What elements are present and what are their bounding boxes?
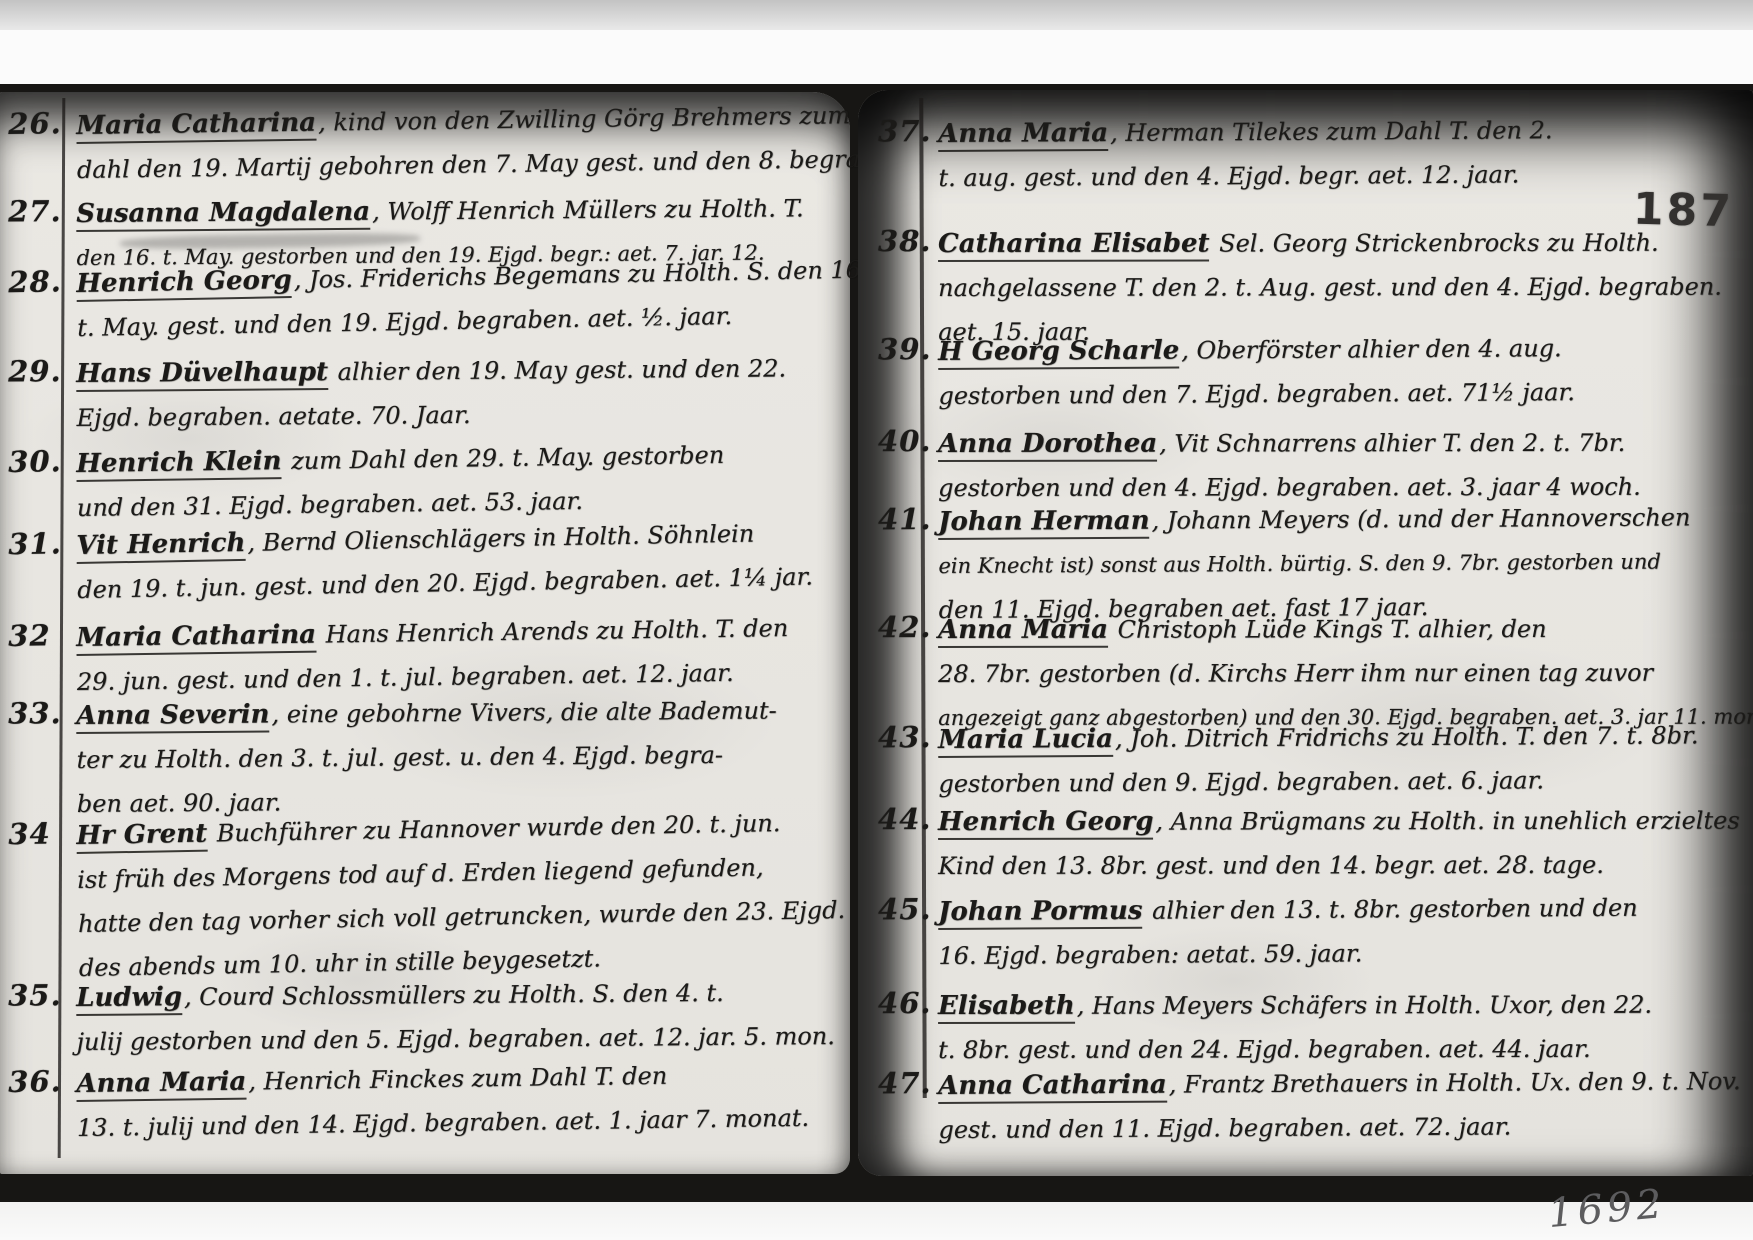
left-page: 26.Maria Catharina, kind von den Zwillin… (0, 92, 850, 1174)
entry-line: Johan Herman, Johann Meyers (d. und der … (938, 495, 1691, 544)
entry-line-text: , Herman Tilekes zum Dahl T. den 2. (1110, 116, 1553, 147)
scanned-register-page: 26.Maria Catharina, kind von den Zwillin… (0, 0, 1753, 1240)
deceased-name: H Georg Scharle (938, 336, 1179, 370)
entry-line: Maria Lucia, Joh. Ditrich Fridrichs zu H… (938, 713, 1699, 762)
entry-line: ter zu Holth. den 3. t. jul. gest. u. de… (76, 732, 777, 782)
entry-line: Ejgd. begraben. aetate. 70. Jaar. (76, 390, 786, 440)
entry-line: Henrich Georg, Anna Brügmans zu Holth. i… (938, 799, 1740, 844)
entry-line-text: , Courd Schlossmüllers zu Holth. S. den … (184, 979, 724, 1011)
register-entry: 37.Anna Maria, Herman Tilekes zum Dahl T… (938, 108, 1553, 200)
entry-line: gestorben und den 7. Ejgd. begraben. aet… (938, 370, 1575, 418)
entry-number: 46. (878, 986, 922, 1020)
entry-text: Maria Lucia, Joh. Ditrich Fridrichs zu H… (938, 713, 1699, 806)
deceased-name: Maria Catharina (76, 108, 316, 144)
entry-line-text: , Hans Meyers Schäfers in Holth. Uxor, d… (1077, 991, 1652, 1020)
entry-line: Henrich Klein zum Dahl den 29. t. May. g… (76, 433, 724, 486)
scanner-edge-bottom (0, 1202, 1753, 1240)
entry-text: Anna Maria, Henrich Finckes zum Dahl T. … (76, 1052, 809, 1150)
scanner-background (0, 30, 1753, 84)
entry-number: 28. (8, 264, 69, 299)
entry-line: 16. Ejgd. begraben: aetat. 59. jaar. (938, 930, 1638, 978)
entry-number: 41. (878, 502, 922, 536)
entry-line: Anna Dorothea, Vit Schnarrens alhier T. … (938, 421, 1641, 466)
entry-line-text: , Oberförster alhier den 4. aug. (1181, 334, 1562, 364)
entry-line-text: Buchführer zu Hannover wurde den 20. t. … (209, 809, 781, 847)
entry-line: Hans Düvelhaupt alhier den 19. May gest.… (76, 346, 786, 396)
deceased-name: Elisabeth (938, 991, 1075, 1024)
entry-text: Henrich Georg, Jos. Friderichs Begemans … (76, 247, 870, 350)
register-entry: 39.H Georg Scharle, Oberförster alhier d… (938, 326, 1575, 418)
entry-number: 35. (8, 978, 68, 1012)
entry-number: 44. (878, 802, 922, 836)
deceased-name: Johan Pormus (938, 896, 1142, 930)
deceased-name: Anna Maria (938, 615, 1108, 648)
entry-number: 43. (878, 720, 922, 754)
entry-number: 40. (878, 424, 922, 458)
deceased-name: Anna Dorothea (938, 429, 1157, 462)
deceased-name: Johan Herman (938, 506, 1150, 540)
register-entry: 45.Johan Pormus alhier den 13. t. 8br. g… (938, 886, 1638, 978)
entry-line: Anna Severin, eine gebohrne Vivers, die … (76, 688, 777, 738)
entry-line: Anna Catharina, Frantz Brethauers in Hol… (938, 1059, 1741, 1108)
deceased-name: Ludwig (76, 982, 182, 1016)
entry-text: H Georg Scharle, Oberförster alhier den … (938, 326, 1575, 418)
entry-number: 29. (8, 354, 68, 388)
deceased-name: Hans Düvelhaupt (76, 357, 328, 392)
deceased-name: Henrich Georg (938, 807, 1153, 840)
right-page: 187 37.Anna Maria, Herman Tilekes zum Da… (858, 90, 1753, 1176)
entry-line: gest. und den 11. Ejgd. begraben. aet. 7… (938, 1103, 1741, 1152)
entry-number: 37. (878, 114, 922, 148)
deceased-name: Hr Grent (76, 819, 207, 854)
entry-number: 32 (8, 618, 68, 653)
register-entry: 44.Henrich Georg, Anna Brügmans zu Holth… (938, 799, 1740, 888)
entry-line-text: Sel. Georg Strickenbrocks zu Holth. (1211, 229, 1658, 258)
entry-line: t. aug. gest. und den 4. Ejgd. begr. aet… (938, 152, 1553, 200)
entry-line-text: , Anna Brügmans zu Holth. in unehlich er… (1155, 807, 1739, 836)
deceased-name: Anna Maria (76, 1067, 246, 1102)
entry-line: Anna Maria Christoph Lüde Kings T. alhie… (938, 607, 1753, 652)
deceased-name: Catharina Elisabet (938, 229, 1210, 262)
entry-line: Elisabeth, Hans Meyers Schäfers in Holth… (938, 983, 1652, 1028)
entry-line: ein Knecht ist) sonst aus Holth. bürtig.… (938, 539, 1691, 588)
entry-text: Hans Düvelhaupt alhier den 19. May gest.… (76, 346, 787, 440)
entry-line-text: , Vit Schnarrens alhier T. den 2. t. 7br… (1159, 429, 1625, 458)
entry-number: 45. (878, 892, 922, 926)
register-entry: 28.Henrich Georg, Jos. Friderichs Begema… (76, 247, 870, 350)
entry-line-text: Hans Henrich Arends zu Holth. T. den (318, 614, 789, 649)
entry-number: 27. (8, 194, 68, 228)
entry-number: 39. (878, 332, 922, 366)
entry-line: 13. t. julij und den 14. Ejgd. begraben.… (77, 1096, 810, 1150)
register-entry: 34Hr Grent Buchführer zu Hannover wurde … (76, 800, 846, 990)
entry-line-text: , Wolff Henrich Müllers zu Holth. T. (372, 194, 804, 225)
deceased-name: Maria Catharina (76, 620, 316, 656)
deceased-name: Susanna Magdalena (76, 197, 370, 232)
entry-line: Susanna Magdalena, Wolff Henrich Müllers… (76, 186, 804, 236)
entry-line-text: Christoph Lüde Kings T. alhier, den (1110, 615, 1547, 644)
deceased-name: Anna Catharina (938, 1070, 1167, 1104)
entry-text: Maria Catharina, kind von den Zwilling G… (76, 92, 905, 192)
entry-text: Elisabeth, Hans Meyers Schäfers in Holth… (938, 983, 1652, 1072)
entry-line-text: alhier den 19. May gest. und den 22. (330, 354, 786, 386)
entry-number: 33. (8, 696, 68, 730)
right-page-entries: 37.Anna Maria, Herman Tilekes zum Dahl T… (938, 90, 1618, 1176)
entry-text: Hr Grent Buchführer zu Hannover wurde de… (76, 800, 846, 990)
entry-number: 42. (878, 610, 922, 644)
entry-line-text: zum Dahl den 29. t. May. gestorben (283, 441, 724, 475)
deceased-name: Anna Severin (76, 699, 270, 734)
entry-text: Henrich Georg, Anna Brügmans zu Holth. i… (938, 799, 1740, 888)
entry-line: Ludwig, Courd Schlossmüllers zu Holth. S… (76, 970, 835, 1020)
entry-text: Anna Maria, Herman Tilekes zum Dahl T. d… (938, 108, 1553, 200)
register-entry: 29.Hans Düvelhaupt alhier den 19. May ge… (76, 346, 787, 440)
entry-line-text: , kind von den Zwilling Görg Brehmers zu… (318, 101, 850, 136)
entry-line: 28. 7br. gestorben (d. Kirchs Herr ihm n… (938, 651, 1753, 696)
entry-number: 31. (8, 526, 69, 561)
entry-line-text: , Joh. Ditrich Fridrichs zu Holth. T. de… (1115, 721, 1699, 753)
entry-line: Anna Maria, Herman Tilekes zum Dahl T. d… (938, 108, 1553, 156)
entry-number: 36. (8, 1064, 68, 1099)
register-entry: 26.Maria Catharina, kind von den Zwillin… (76, 92, 905, 192)
scanner-edge-top (0, 0, 1753, 30)
entry-text: Ludwig, Courd Schlossmüllers zu Holth. S… (76, 970, 835, 1064)
register-entry: 47.Anna Catharina, Frantz Brethauers in … (938, 1059, 1741, 1152)
register-entry: 35.Ludwig, Courd Schlossmüllers zu Holth… (76, 970, 835, 1064)
entry-line: H Georg Scharle, Oberförster alhier den … (938, 326, 1575, 374)
entry-text: Anna Catharina, Frantz Brethauers in Hol… (938, 1059, 1741, 1152)
left-page-entries: 26.Maria Catharina, kind von den Zwillin… (76, 92, 776, 1174)
entry-line-text: , Frantz Brethauers in Holth. Ux. den 9.… (1169, 1067, 1741, 1098)
entry-line-text: , Bernd Olienschlägers in Holth. Söhnlei… (247, 520, 754, 557)
entry-text: Johan Pormus alhier den 13. t. 8br. gest… (938, 886, 1638, 978)
register-entry: 31.Vit Henrich, Bernd Olienschlägers in … (76, 511, 813, 612)
entry-number: 30. (8, 444, 68, 479)
entry-number: 26. (8, 106, 68, 141)
entry-line-text: , Henrich Finckes zum Dahl T. den (248, 1062, 667, 1096)
entry-line: Johan Pormus alhier den 13. t. 8br. gest… (938, 886, 1638, 934)
deceased-name: Vit Henrich (76, 528, 246, 564)
entry-number: 47. (878, 1066, 922, 1100)
entry-line-text: , eine gebohrne Vivers, die alte Bademut… (271, 696, 776, 728)
register-entry: 43.Maria Lucia, Joh. Ditrich Fridrichs z… (938, 713, 1699, 806)
entry-line-text: , Johann Meyers (d. und der Hannoversche… (1151, 503, 1690, 534)
deceased-name: Anna Maria (938, 118, 1108, 152)
entry-number: 34 (8, 816, 69, 851)
entry-line: Kind den 13. 8br. gest. und den 14. begr… (938, 843, 1740, 888)
entry-text: Vit Henrich, Bernd Olienschlägers in Hol… (76, 511, 813, 612)
register-entry: 46.Elisabeth, Hans Meyers Schäfers in Ho… (938, 983, 1652, 1072)
entry-line: Catharina Elisabet Sel. Georg Strickenbr… (938, 221, 1722, 266)
register-entry: 36.Anna Maria, Henrich Finckes zum Dahl … (76, 1052, 809, 1150)
deceased-name: Henrich Klein (76, 446, 282, 482)
entry-line-text: alhier den 13. t. 8br. gestorben und den (1144, 894, 1637, 925)
entry-line: nachgelassene T. den 2. t. Aug. gest. un… (938, 265, 1722, 310)
book-spread: 26.Maria Catharina, kind von den Zwillin… (0, 84, 1753, 1202)
deceased-name: Maria Lucia (938, 724, 1113, 758)
entry-line-text: , Jos. Friderichs Begemans zu Holth. S. … (293, 255, 868, 294)
deceased-name: Henrich Georg (76, 265, 292, 302)
entry-number: 38. (878, 224, 922, 258)
